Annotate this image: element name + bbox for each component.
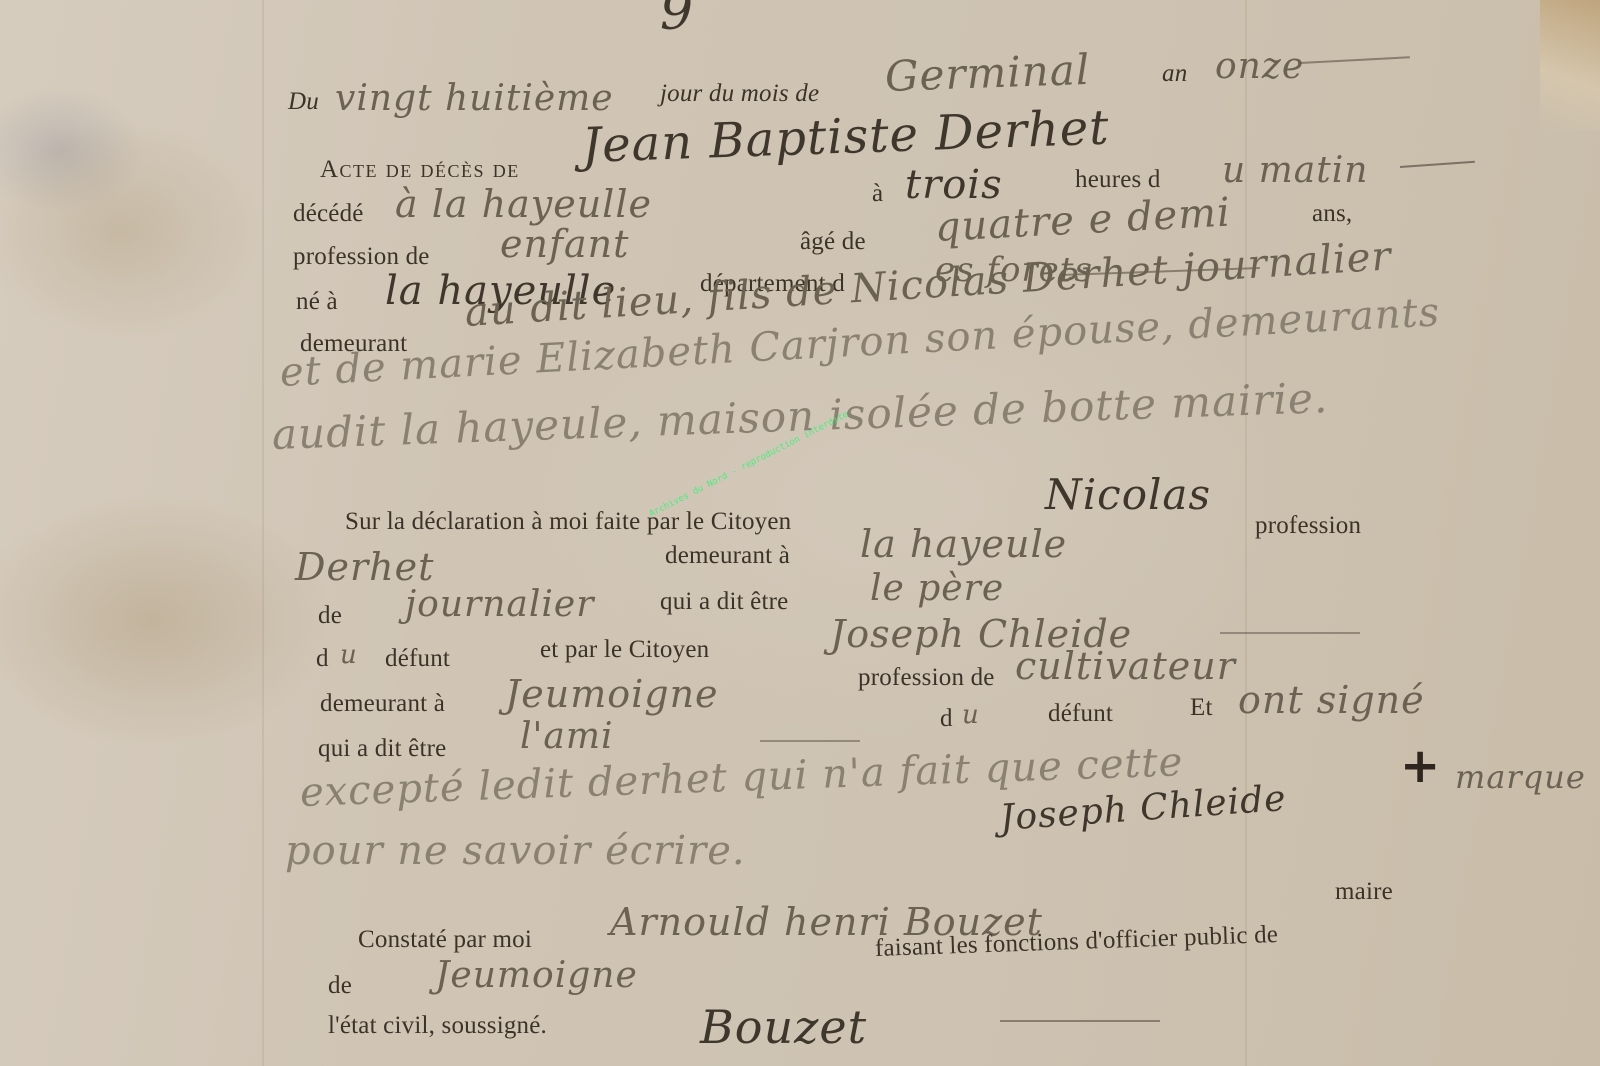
hand-u-2: u — [962, 700, 980, 730]
hand-declarant-2-relation: l'ami — [520, 716, 614, 757]
hand-commune: Jeumoigne — [435, 955, 638, 996]
hand-declarant-1-relation: le père — [870, 568, 1004, 609]
printed-defunt-1: défunt — [385, 645, 450, 673]
printed-heures: heures d — [1075, 166, 1161, 194]
printed-de: de — [318, 602, 342, 630]
printed-an: an — [1162, 60, 1187, 88]
printed-sur-declaration: Sur la déclaration à moi faite par le Ci… — [345, 508, 791, 536]
printed-demeurant-2: demeurant à — [320, 690, 445, 718]
printed-profession-2: profession de — [858, 664, 995, 692]
hand-time: u matin — [1222, 150, 1368, 191]
printed-demeurant-1: demeurant à — [665, 542, 790, 570]
signature-officer: Bouzet — [700, 1000, 867, 1054]
cross-mark: + — [1400, 738, 1440, 794]
printed-maire: maire — [1335, 878, 1393, 906]
printed-qui-a-dit-2: qui a dit être — [318, 735, 446, 763]
printed-profession: profession de — [293, 243, 430, 271]
torn-corner — [1540, 0, 1600, 130]
printed-constate: Constaté par moi — [358, 926, 532, 954]
printed-d-2: d — [940, 705, 953, 733]
fill-line — [1220, 632, 1360, 634]
hand-profession: enfant — [500, 222, 629, 266]
hand-year: onze — [1215, 46, 1304, 87]
hand-declarant-1-surname: Derhet — [295, 545, 434, 589]
fill-line — [1000, 1020, 1160, 1022]
hand-declarant-1-profession: journalier — [405, 584, 594, 625]
printed-qui-a-dit-1: qui a dit être — [660, 588, 788, 616]
hand-declarant-2-profession: cultivateur — [1015, 644, 1236, 688]
hand-hour: trois — [905, 162, 1003, 208]
printed-jour: jour du mois de — [660, 80, 819, 108]
printed-d: d — [316, 645, 329, 673]
hand-death-place: à la hayeulle — [395, 182, 652, 226]
printed-etat-civil: l'état civil, soussigné. — [328, 1012, 547, 1040]
hand-declarant-2-residence: Jeumoigne — [505, 672, 719, 716]
hand-month: Germinal — [884, 45, 1091, 101]
printed-profession-1: profession — [1255, 512, 1361, 540]
page-number-flourish: 9 — [660, 0, 694, 42]
hand-ont-signe: ont signé — [1238, 678, 1425, 722]
printed-ans: ans, — [1312, 200, 1352, 228]
hand-u: u — [340, 640, 358, 670]
hand-note-marque: marque — [1455, 758, 1586, 796]
paper-fold — [262, 0, 264, 1066]
printed-defunt-2: défunt — [1048, 700, 1113, 728]
printed-acte: Acte de décès de — [320, 156, 520, 184]
hand-day: vingt huitième — [335, 78, 614, 119]
printed-et: Et — [1190, 694, 1213, 722]
hand-note-line-2: pour ne savoir écrire. — [285, 828, 746, 874]
printed-age: âgé de — [800, 228, 866, 256]
hand-declarant-1-firstname: Nicolas — [1045, 470, 1211, 519]
fill-line — [760, 740, 860, 742]
printed-decede: décédé — [293, 200, 364, 228]
printed-du: Du — [288, 88, 319, 116]
printed-et-par: et par le Citoyen — [540, 636, 709, 664]
printed-a: à — [872, 180, 883, 208]
printed-ne: né à — [296, 288, 338, 316]
printed-de-commune: de — [328, 972, 352, 1000]
hand-declarant-1-residence: la hayeule — [860, 522, 1067, 566]
